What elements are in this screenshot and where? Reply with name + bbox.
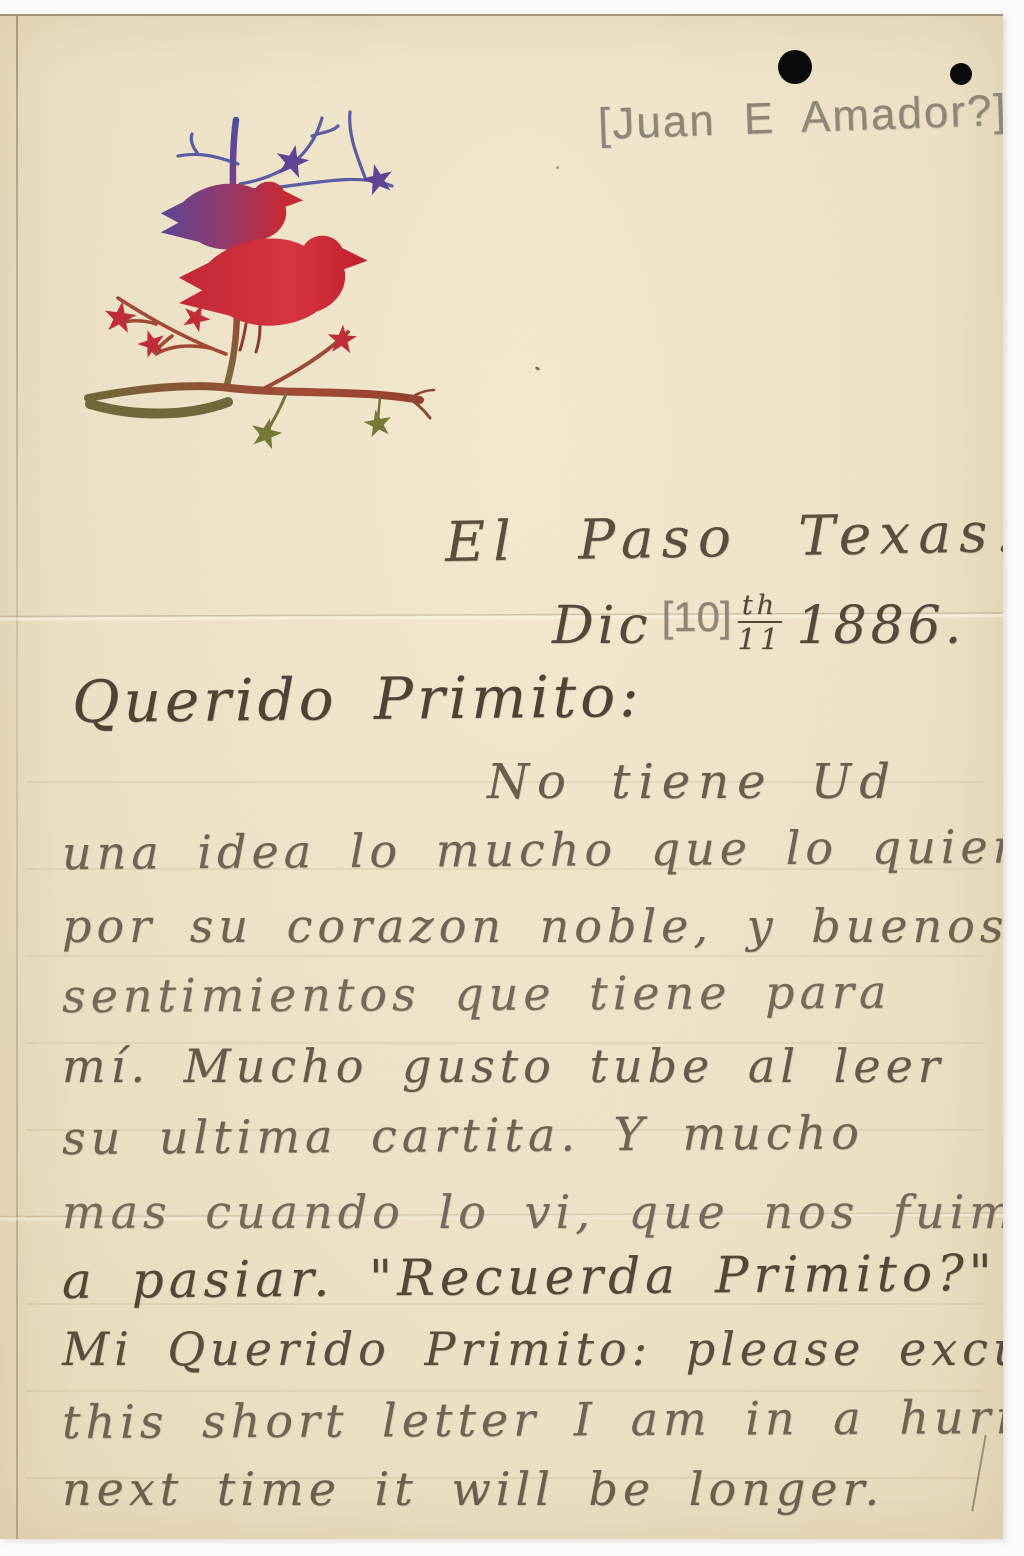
body-line: sentimientos que tiene para	[62, 965, 892, 1023]
body-line: this short letter I am in a hurry	[62, 1390, 1003, 1449]
ordinal-suffix: th	[738, 592, 783, 623]
body-line: a pasiar. "Recuerda Primito?"	[62, 1244, 997, 1310]
dateline-month: Dic	[552, 596, 651, 656]
body-line: No tiene Ud	[487, 754, 898, 810]
dateline-date: Dic[10]th111886.	[552, 592, 965, 656]
paper-speck	[535, 366, 541, 371]
pencil-annotation: [Juan E Amador?]	[597, 86, 1003, 150]
body-line: mas cuando lo vi, que nos fuimos	[62, 1185, 1003, 1239]
dateline-year: 1886.	[796, 596, 965, 656]
salutation: Querido Primito:	[72, 662, 643, 736]
paper-speck	[556, 166, 559, 169]
body-line: Mi Querido Primito: please excuse	[62, 1322, 1003, 1376]
vertical-fold-crease	[16, 16, 18, 1539]
body-line: una idea lo mucho que lo quiero	[62, 819, 1003, 880]
crossed-day: 11	[738, 623, 783, 654]
body-line: mí. Mucho gusto tube al leer	[62, 1039, 945, 1093]
two-birds-illustration	[60, 92, 440, 472]
body-line: su ultima cartita. Y mucho	[62, 1105, 864, 1165]
scanned-letter-page: [Juan E Amador?] El Paso Texas. Dic[10]t…	[0, 0, 1024, 1556]
ordinal-stack: th11	[738, 592, 783, 654]
punch-hole-left	[778, 50, 812, 84]
pencil-day-insert: [10]	[661, 593, 731, 640]
punch-hole-right	[950, 63, 972, 85]
body-line: por su corazon noble, y buenos	[62, 899, 1003, 953]
dateline-place: El Paso Texas.	[444, 500, 1003, 574]
letter-paper: [Juan E Amador?] El Paso Texas. Dic[10]t…	[0, 14, 1003, 1539]
body-line: next time it will be longer.	[62, 1462, 884, 1516]
